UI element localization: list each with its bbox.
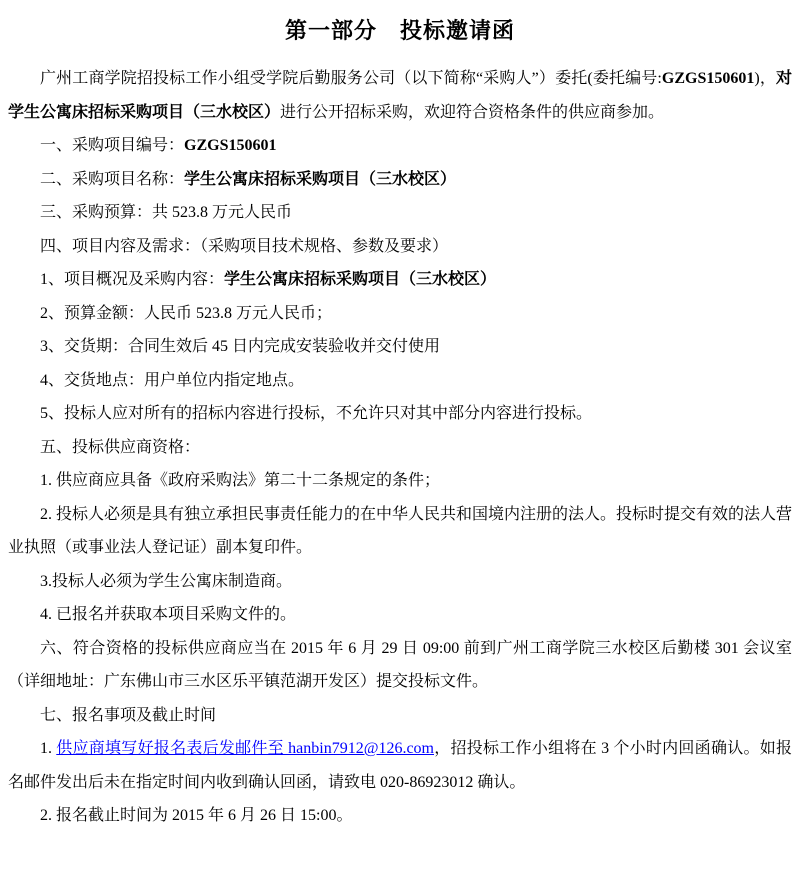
paragraph-item-4-3-delivery-time: 3、交货期：合同生效后 45 日内完成安装验收并交付使用: [8, 330, 792, 364]
text-segment: 1、项目概况及采购内容：: [40, 271, 224, 288]
text-segment: 二、采购项目名称：: [40, 171, 184, 188]
paragraph-item-7-1-email-registration: 1. 供应商填写好报名表后发邮件至 hanbin7912@126.com，招投标…: [8, 732, 792, 799]
paragraph-item-4-1-overview: 1、项目概况及采购内容：学生公寓床招标采购项目（三水校区）: [8, 263, 792, 297]
paragraph-item-4-4-delivery-place: 4、交货地点：用户单位内指定地点。: [8, 364, 792, 398]
paragraph-item-5-supplier-qualification: 五、投标供应商资格：: [8, 431, 792, 465]
paragraph-item-2-project-name: 二、采购项目名称：学生公寓床招标采购项目（三水校区）: [8, 163, 792, 197]
bold-text-segment: 学生公寓床招标采购项目（三水校区）: [184, 171, 456, 188]
paragraph-item-1-project-number: 一、采购项目编号：GZGS150601: [8, 129, 792, 163]
paragraph-item-3-budget: 三、采购预算：共 523.8 万元人民币: [8, 196, 792, 230]
text-segment: 一、采购项目编号：: [40, 137, 184, 154]
document-body: 广州工商学院招投标工作小组受学院后勤服务公司（以下简称“采购人”）委托(委托编号…: [8, 62, 792, 833]
paragraph-intro: 广州工商学院招投标工作小组受学院后勤服务公司（以下简称“采购人”）委托(委托编号…: [8, 62, 792, 129]
paragraph-item-4-2-budget-amount: 2、预算金额：人民币 523.8 万元人民币；: [8, 297, 792, 331]
text-segment: 五、投标供应商资格：: [40, 439, 200, 456]
text-segment: 5、投标人应对所有的招标内容进行投标，不允许只对其中部分内容进行投标。: [40, 405, 592, 422]
text-segment: 4、交货地点：用户单位内指定地点。: [40, 372, 304, 389]
text-segment: 2、预算金额：人民币 523.8 万元人民币；: [40, 305, 332, 322]
text-segment: 3.投标人必须为学生公寓床制造商。: [40, 573, 292, 590]
text-segment: )，: [754, 70, 776, 87]
text-segment: 三、采购预算：共 523.8 万元人民币: [40, 204, 292, 221]
text-segment: 4. 已报名并获取本项目采购文件的。: [40, 606, 296, 623]
paragraph-item-5-1-law-condition: 1. 供应商应具备《政府采购法》第二十二条规定的条件；: [8, 464, 792, 498]
paragraph-item-5-2-legal-person: 2. 投标人必须是具有独立承担民事责任能力的在中华人民共和国境内注册的法人。投标…: [8, 498, 792, 565]
document-title: 第一部分 投标邀请函: [8, 14, 792, 48]
paragraph-item-6-submission: 六、符合资格的投标供应商应当在 2015 年 6 月 29 日 09:00 前到…: [8, 632, 792, 699]
paragraph-item-7-registration-deadline-heading: 七、报名事项及截止时间: [8, 699, 792, 733]
text-segment: 2. 报名截止时间为 2015 年 6 月 26 日 15:00。: [40, 807, 352, 824]
paragraph-item-4-content-and-demand: 四、项目内容及需求：（采购项目技术规格、参数及要求）: [8, 230, 792, 264]
text-segment: 四、项目内容及需求：（采购项目技术规格、参数及要求）: [40, 238, 448, 255]
text-segment: 3、交货期：合同生效后 45 日内完成安装验收并交付使用: [40, 338, 440, 355]
paragraph-item-5-4-registered: 4. 已报名并获取本项目采购文件的。: [8, 598, 792, 632]
text-segment: 1. 供应商应具备《政府采购法》第二十二条规定的条件；: [40, 472, 440, 489]
bold-text-segment: GZGS150601: [184, 137, 276, 154]
paragraph-item-5-3-manufacturer: 3.投标人必须为学生公寓床制造商。: [8, 565, 792, 599]
bold-text-segment: 学生公寓床招标采购项目（三水校区）: [224, 271, 496, 288]
text-segment: 1.: [40, 740, 56, 757]
paragraph-item-4-5-bid-all-content: 5、投标人应对所有的招标内容进行投标，不允许只对其中部分内容进行投标。: [8, 397, 792, 431]
email-link[interactable]: 供应商填写好报名表后发邮件至 hanbin7912@126.com: [56, 740, 434, 757]
bold-text-segment: GZGS150601: [662, 70, 754, 87]
text-segment: 七、报名事项及截止时间: [40, 707, 216, 724]
text-segment: 广州工商学院招投标工作小组受学院后勤服务公司（以下简称“采购人”）委托(委托编号…: [40, 70, 662, 87]
text-segment: 进行公开招标采购，欢迎符合资格条件的供应商参加。: [280, 104, 664, 121]
paragraph-item-7-2-deadline: 2. 报名截止时间为 2015 年 6 月 26 日 15:00。: [8, 799, 792, 833]
text-segment: 2. 投标人必须是具有独立承担民事责任能力的在中华人民共和国境内注册的法人。投标…: [8, 506, 792, 557]
text-segment: 六、符合资格的投标供应商应当在 2015 年 6 月 29 日 09:00 前到…: [8, 640, 792, 691]
document-page: 第一部分 投标邀请函 广州工商学院招投标工作小组受学院后勤服务公司（以下简称“采…: [0, 0, 800, 881]
